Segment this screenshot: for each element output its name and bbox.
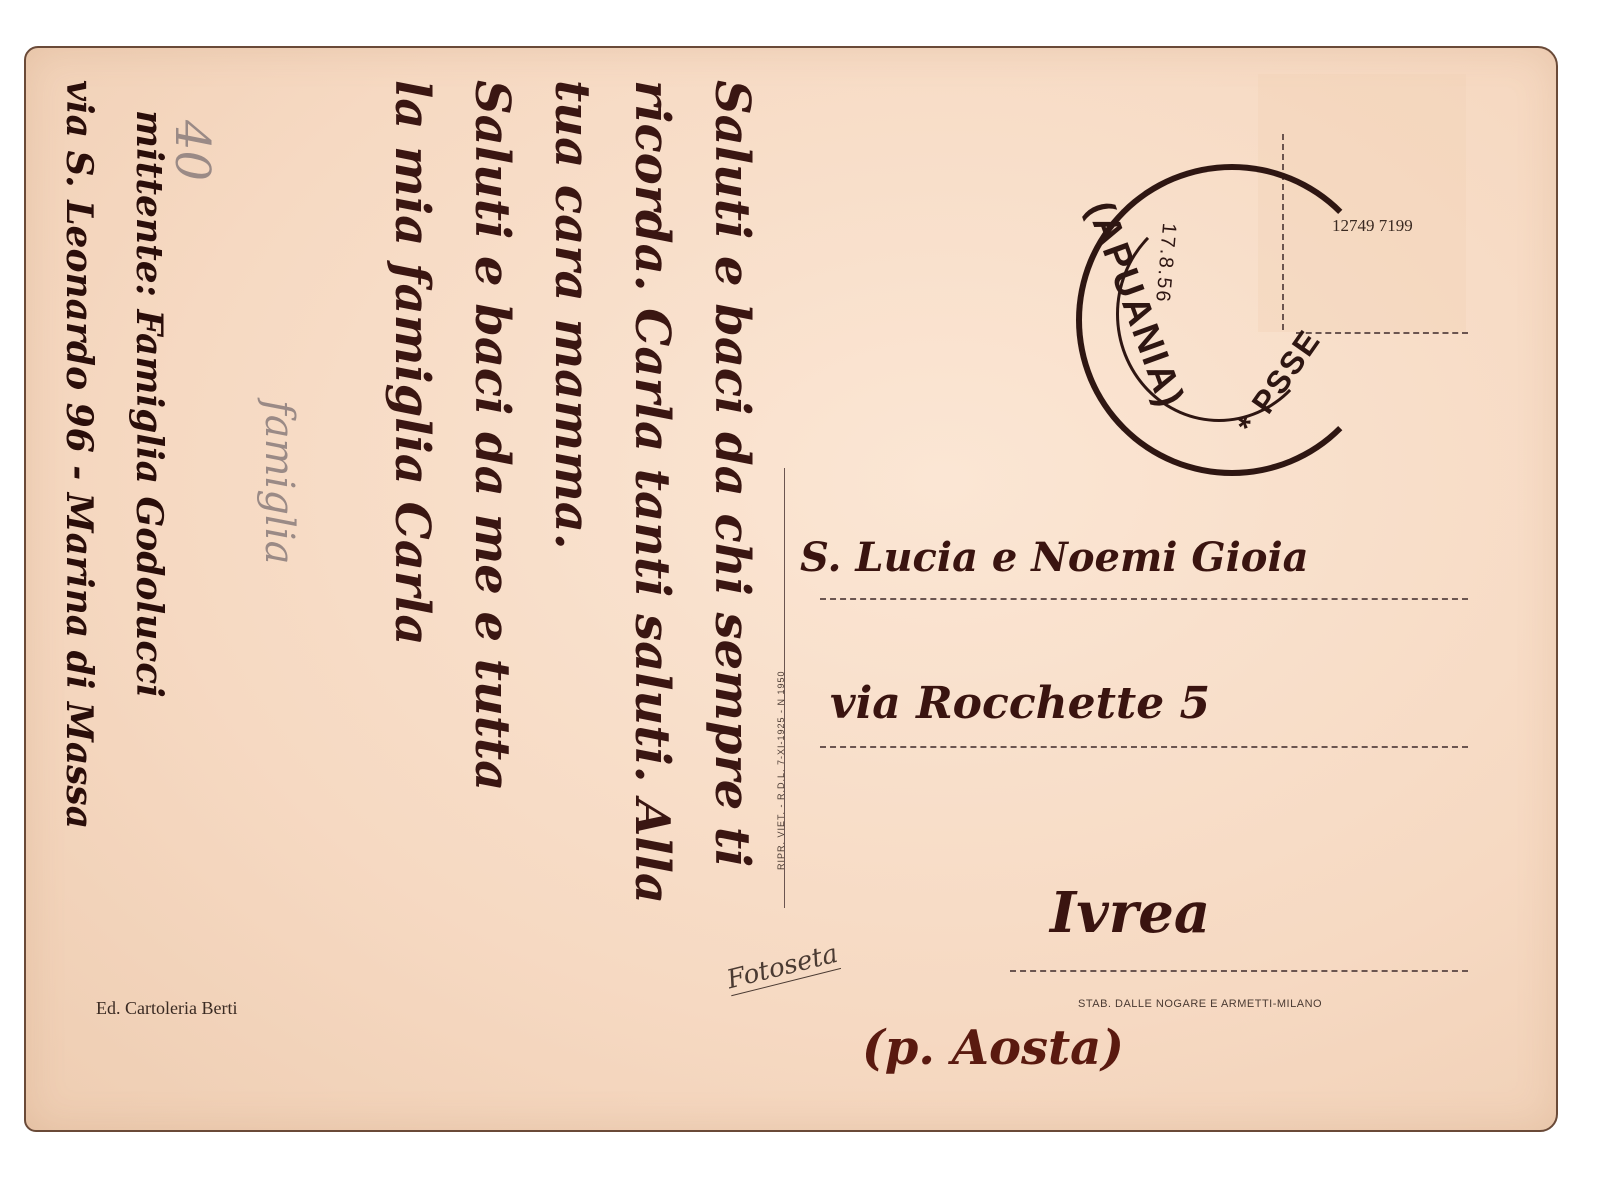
- message-line-1: Saluti e baci da chi sempre ti: [704, 80, 760, 867]
- publisher-credit: Ed. Cartoleria Berti: [96, 998, 237, 1019]
- message-line-3: tua cara mamma.: [544, 80, 600, 550]
- recipient-name: S. Lucia e Noemi Gioia: [800, 534, 1309, 581]
- printer-credit: STAB. DALLE NOGARE E ARMETTI-MILANO: [1078, 998, 1322, 1010]
- recipient-city: Ivrea: [1050, 880, 1210, 946]
- recipient-street: via Rocchette 5: [830, 678, 1210, 729]
- pencil-note-word: famiglia: [256, 400, 302, 564]
- message-line-5: la mia famiglia Carla: [384, 80, 440, 645]
- address-line-3: [1010, 970, 1468, 972]
- message-line-4: Saluti e baci da me e tutta: [464, 80, 520, 791]
- recipient-province: (p. Aosta): [862, 1020, 1124, 1076]
- sender-line-2: via S. Leonardo 96 - Marina di Massa: [58, 80, 100, 829]
- sender-line-1: mittente: Famiglia Godolucci: [128, 110, 170, 698]
- message-line-2: ricorda. Carla tanti saluti. Alla: [624, 80, 680, 904]
- pencil-note-number: 40: [164, 120, 220, 181]
- reproduction-notice: RIPR. VIET. - R.D.L. 7-XI-1925 - N 1950: [776, 670, 786, 870]
- address-line-2: [820, 746, 1468, 748]
- address-line-1: [820, 598, 1468, 600]
